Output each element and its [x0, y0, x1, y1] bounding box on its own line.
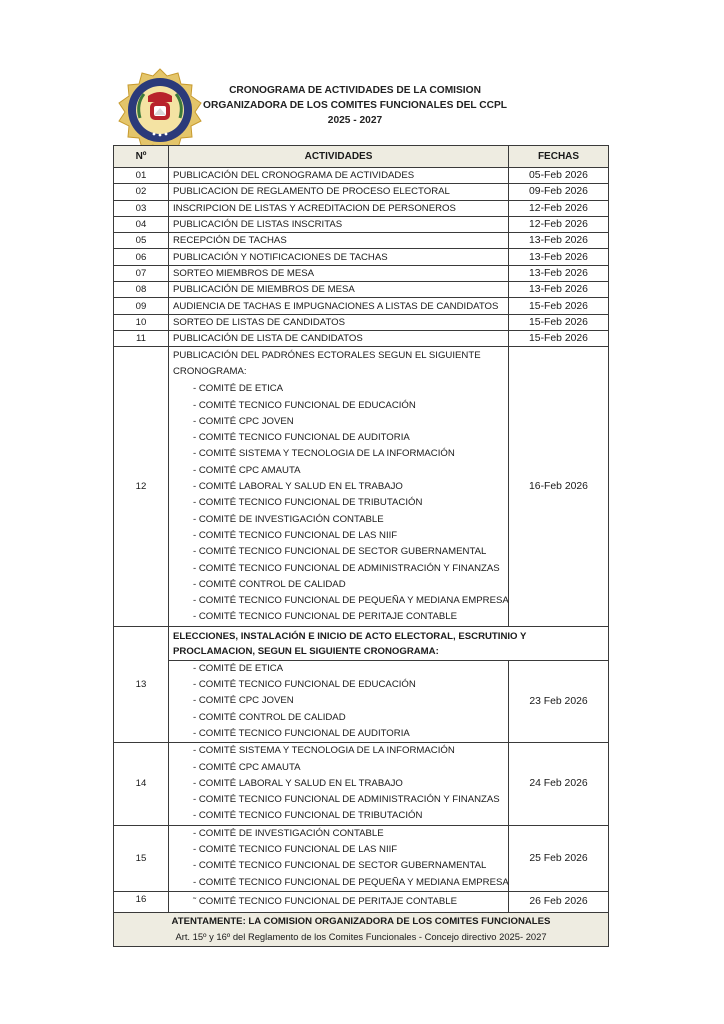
committee-item: ˜ COMITÉ TECNICO FUNCIONAL DE PERITAJE C… — [173, 894, 508, 910]
table-row: 02PUBLICACION DE REGLAMENTO DE PROCESO E… — [114, 184, 609, 200]
activity-cell: PUBLICACIÓN DE MIEMBROS DE MESA — [169, 282, 509, 298]
table-row-15: 15- COMITÉ DE INVESTIGACIÓN CONTABLE- CO… — [114, 825, 609, 891]
row-number: 01 — [114, 168, 169, 184]
date-cell: 15-Feb 2026 — [509, 298, 609, 314]
committee-item: - COMITÉ TECNICO FUNCIONAL DE ADMINISTRA… — [173, 561, 508, 577]
date-cell: 05-Feb 2026 — [509, 168, 609, 184]
committee-item: - COMITÉ DE INVESTIGACIÓN CONTABLE — [173, 826, 508, 842]
activity-cell: PUBLICACION DE REGLAMENTO DE PROCESO ELE… — [169, 184, 509, 200]
committee-item: - COMITÉ TECNICO FUNCIONAL DE LAS NIIF — [173, 528, 508, 544]
committee-item: - COMITÉ TECNICO FUNCIONAL DE TRIBUTACIÓ… — [173, 808, 508, 824]
activity-cell: - COMITÉ SISTEMA Y TECNOLOGIA DE LA INFO… — [169, 743, 509, 825]
date-cell: 13-Feb 2026 — [509, 282, 609, 298]
row-number: 05 — [114, 233, 169, 249]
activity-cell: ˜ COMITÉ TECNICO FUNCIONAL DE PERITAJE C… — [169, 891, 509, 912]
committee-item: - COMITÉ TECNICO FUNCIONAL DE EDUCACIÓN — [173, 677, 508, 693]
committee-item: - COMITÉ CONTROL DE CALIDAD — [173, 710, 508, 726]
committee-list: - COMITÉ SISTEMA Y TECNOLOGIA DE LA INFO… — [173, 743, 508, 824]
table-header-row: Nº ACTIVIDADES FECHAS — [114, 146, 609, 168]
committee-item: - COMITÉ CPC JOVEN — [173, 414, 508, 430]
activity-cell: - COMITÉ DE ETICA- COMITÉ TECNICO FUNCIO… — [169, 660, 509, 742]
activity-lead: PUBLICACIÓN DEL PADRÓNES ECTORALES SEGUN… — [173, 347, 508, 379]
table-row-12: 12 PUBLICACIÓN DEL PADRÓNES ECTORALES SE… — [114, 347, 609, 626]
committee-item: - COMITÉ CONTROL DE CALIDAD — [173, 577, 508, 593]
committee-item: - COMITÉ TECNICO FUNCIONAL DE PEQUEÑA Y … — [173, 593, 508, 609]
activity-cell: PUBLICACIÓN DE LISTAS INSCRITAS — [169, 216, 509, 232]
table-row: 08PUBLICACIÓN DE MIEMBROS DE MESA13-Feb … — [114, 282, 609, 298]
date-cell: 12-Feb 2026 — [509, 216, 609, 232]
activity-cell: PUBLICACIÓN Y NOTIFICACIONES DE TACHAS — [169, 249, 509, 265]
date-cell: 26 Feb 2026 — [509, 891, 609, 912]
committee-item: - COMITÉ TECNICO FUNCIONAL DE SECTOR GUB… — [173, 858, 508, 874]
committee-list: - COMITÉ DE ETICA- COMITÉ TECNICO FUNCIO… — [173, 381, 508, 625]
title-line-1: CRONOGRAMA DE ACTIVIDADES DE LA COMISION — [200, 83, 510, 98]
date-cell: 09-Feb 2026 — [509, 184, 609, 200]
row-number: 08 — [114, 282, 169, 298]
committee-item: - COMITÉ TECNICO FUNCIONAL DE PEQUEÑA Y … — [173, 875, 508, 891]
date-cell: 13-Feb 2026 — [509, 265, 609, 281]
table-row: 04PUBLICACIÓN DE LISTAS INSCRITAS12-Feb … — [114, 216, 609, 232]
committee-item: - COMITÉ CPC JOVEN — [173, 693, 508, 709]
column-header-dates: FECHAS — [509, 146, 609, 168]
footer-signature: ATENTAMENTE: LA COMISION ORGANIZADORA DE… — [114, 914, 608, 929]
row-number: 14 — [114, 743, 169, 825]
committee-item: - COMITÉ DE ETICA — [173, 661, 508, 677]
activity-cell: AUDIENCIA DE TACHAS E IMPUGNACIONES A LI… — [169, 298, 509, 314]
committee-list: ˜ COMITÉ TECNICO FUNCIONAL DE PERITAJE C… — [173, 894, 508, 910]
committee-item: - COMITÉ LABORAL Y SALUD EN EL TRABAJO — [173, 776, 508, 792]
footer-legal-reference: Art. 15º y 16º del Reglamento de los Com… — [114, 929, 608, 944]
committee-item: - COMITÉ DE INVESTIGACIÓN CONTABLE — [173, 512, 508, 528]
committee-item: - COMITÉ TECNICO FUNCIONAL DE AUDITORIA — [173, 726, 508, 742]
date-cell: 23 Feb 2026 — [509, 660, 609, 742]
activity-cell: RECEPCIÓN DE TACHAS — [169, 233, 509, 249]
table-row-14: 14- COMITÉ SISTEMA Y TECNOLOGIA DE LA IN… — [114, 743, 609, 825]
table-footer: ATENTAMENTE: LA COMISION ORGANIZADORA DE… — [114, 912, 609, 946]
table-row: 07SORTEO MIEMBROS DE MESA13-Feb 2026 — [114, 265, 609, 281]
table-row: 11PUBLICACIÓN DE LISTA DE CANDIDATOS15-F… — [114, 330, 609, 346]
date-cell: 15-Feb 2026 — [509, 330, 609, 346]
table-row: 10SORTEO DE LISTAS DE CANDIDATOS15-Feb 2… — [114, 314, 609, 330]
row-number: 16 — [114, 891, 169, 912]
row-number: 15 — [114, 825, 169, 891]
table-row: 01PUBLICACIÓN DEL CRONOGRAMA DE ACTIVIDA… — [114, 168, 609, 184]
table-row-13-committees: - COMITÉ DE ETICA- COMITÉ TECNICO FUNCIO… — [114, 660, 609, 742]
row-number: 03 — [114, 200, 169, 216]
committee-item: - COMITÉ SISTEMA Y TECNOLOGIA DE LA INFO… — [173, 743, 508, 759]
activity-cell: - COMITÉ DE INVESTIGACIÓN CONTABLE- COMI… — [169, 825, 509, 891]
table-row: 05RECEPCIÓN DE TACHAS13-Feb 2026 — [114, 233, 609, 249]
committee-item: - COMITÉ TECNICO FUNCIONAL DE TRIBUTACIÓ… — [173, 495, 508, 511]
date-cell: 13-Feb 2026 — [509, 233, 609, 249]
column-header-num: Nº — [114, 146, 169, 168]
row-number: 09 — [114, 298, 169, 314]
date-cell: 15-Feb 2026 — [509, 314, 609, 330]
committee-item: - COMITÉ SISTEMA Y TECNOLOGIA DE LA INFO… — [173, 446, 508, 462]
row-number: 13 — [114, 626, 169, 742]
activity-cell: PUBLICACIÓN DE LISTA DE CANDIDATOS — [169, 330, 509, 346]
date-cell: 24 Feb 2026 — [509, 743, 609, 825]
committee-item: - COMITÉ TECNICO FUNCIONAL DE LAS NIIF — [173, 842, 508, 858]
committee-list: - COMITÉ DE INVESTIGACIÓN CONTABLE- COMI… — [173, 826, 508, 891]
row-number: 02 — [114, 184, 169, 200]
ccpl-emblem-icon — [118, 68, 202, 152]
row-number: 10 — [114, 314, 169, 330]
committee-item: - COMITÉ TECNICO FUNCIONAL DE ADMINISTRA… — [173, 792, 508, 808]
date-cell: 16-Feb 2026 — [509, 347, 609, 626]
committee-item: - COMITÉ TECNICO FUNCIONAL DE PERITAJE C… — [173, 609, 508, 625]
committee-item: - COMITÉ TECNICO FUNCIONAL DE SECTOR GUB… — [173, 544, 508, 560]
committee-item: - COMITÉ DE ETICA — [173, 381, 508, 397]
activity-cell: SORTEO MIEMBROS DE MESA — [169, 265, 509, 281]
activity-cell: SORTEO DE LISTAS DE CANDIDATOS — [169, 314, 509, 330]
date-cell: 25 Feb 2026 — [509, 825, 609, 891]
schedule-table: Nº ACTIVIDADES FECHAS 01PUBLICACIÓN DEL … — [113, 145, 609, 947]
committee-item: - COMITÉ LABORAL Y SALUD EN EL TRABAJO — [173, 479, 508, 495]
date-cell: 12-Feb 2026 — [509, 200, 609, 216]
row-number: 11 — [114, 330, 169, 346]
title-line-3: 2025 - 2027 — [200, 113, 510, 128]
row-number: 04 — [114, 216, 169, 232]
committee-item: - COMITÉ TECNICO FUNCIONAL DE EDUCACIÓN — [173, 398, 508, 414]
date-cell: 13-Feb 2026 — [509, 249, 609, 265]
title-line-2: ORGANIZADORA DE LOS COMITES FUNCIONALES … — [200, 98, 510, 113]
row-number: 07 — [114, 265, 169, 281]
ccpl-logo — [118, 68, 202, 152]
committee-item: - COMITÉ CPC AMAUTA — [173, 760, 508, 776]
row-number: 12 — [114, 347, 169, 626]
activity-cell: INSCRIPCION DE LISTAS Y ACREDITACION DE … — [169, 200, 509, 216]
committee-item: - COMITÉ TECNICO FUNCIONAL DE AUDITORIA — [173, 430, 508, 446]
document-title: CRONOGRAMA DE ACTIVIDADES DE LA COMISION… — [200, 83, 510, 128]
activity-cell: PUBLICACIÓN DEL PADRÓNES ECTORALES SEGUN… — [169, 347, 509, 626]
row-number: 06 — [114, 249, 169, 265]
activity-cell: PUBLICACIÓN DEL CRONOGRAMA DE ACTIVIDADE… — [169, 168, 509, 184]
table-row: 09AUDIENCIA DE TACHAS E IMPUGNACIONES A … — [114, 298, 609, 314]
table-row: 06PUBLICACIÓN Y NOTIFICACIONES DE TACHAS… — [114, 249, 609, 265]
committee-item: - COMITÉ CPC AMAUTA — [173, 463, 508, 479]
column-header-activities: ACTIVIDADES — [169, 146, 509, 168]
table-row-13: 13ELECCIONES, INSTALACIÓN E INICIO DE AC… — [114, 626, 609, 660]
election-lead: ELECCIONES, INSTALACIÓN E INICIO DE ACTO… — [169, 626, 609, 660]
table-row-16: 16˜ COMITÉ TECNICO FUNCIONAL DE PERITAJE… — [114, 891, 609, 912]
committee-list: - COMITÉ DE ETICA- COMITÉ TECNICO FUNCIO… — [173, 661, 508, 742]
table-row: 03INSCRIPCION DE LISTAS Y ACREDITACION D… — [114, 200, 609, 216]
